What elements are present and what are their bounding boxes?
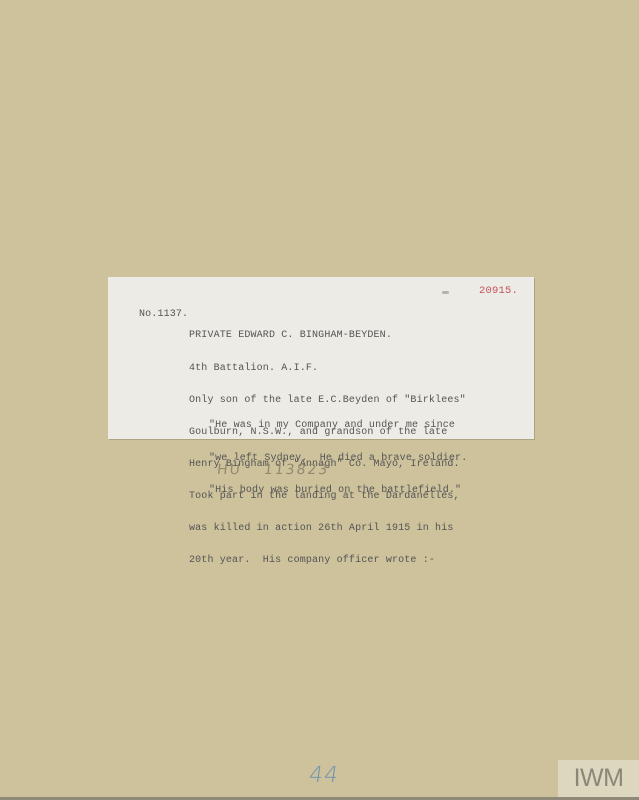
quote-line: "He was in my Company and under me since: [209, 421, 467, 432]
entry-number: No.1137.: [139, 310, 188, 321]
reference-number: 113823: [263, 462, 330, 478]
iwm-watermark: IWM: [558, 760, 639, 797]
entry-line: was killed in action 26th April 1915 in …: [189, 524, 466, 535]
officer-quote: "He was in my Company and under me since…: [209, 400, 467, 518]
typed-label-card: 20915. No.1137. PRIVATE EDWARD C. BINGHA…: [108, 277, 534, 439]
reference-prefix: HU: [216, 462, 242, 478]
entry-line: PRIVATE EDWARD C. BINGHAM-BEYDEN.: [189, 331, 466, 342]
entry-line: 20th year. His company officer wrote :-: [189, 556, 466, 567]
catalog-number: 20915.: [479, 285, 518, 297]
quote-line: "His body was buried on the battlefield.…: [209, 486, 467, 497]
entry-line: 4th Battalion. A.I.F.: [189, 364, 466, 375]
handwritten-page-number: 44: [307, 763, 341, 788]
ink-smudge: [442, 291, 449, 294]
handwritten-reference: HU113823: [216, 462, 330, 478]
